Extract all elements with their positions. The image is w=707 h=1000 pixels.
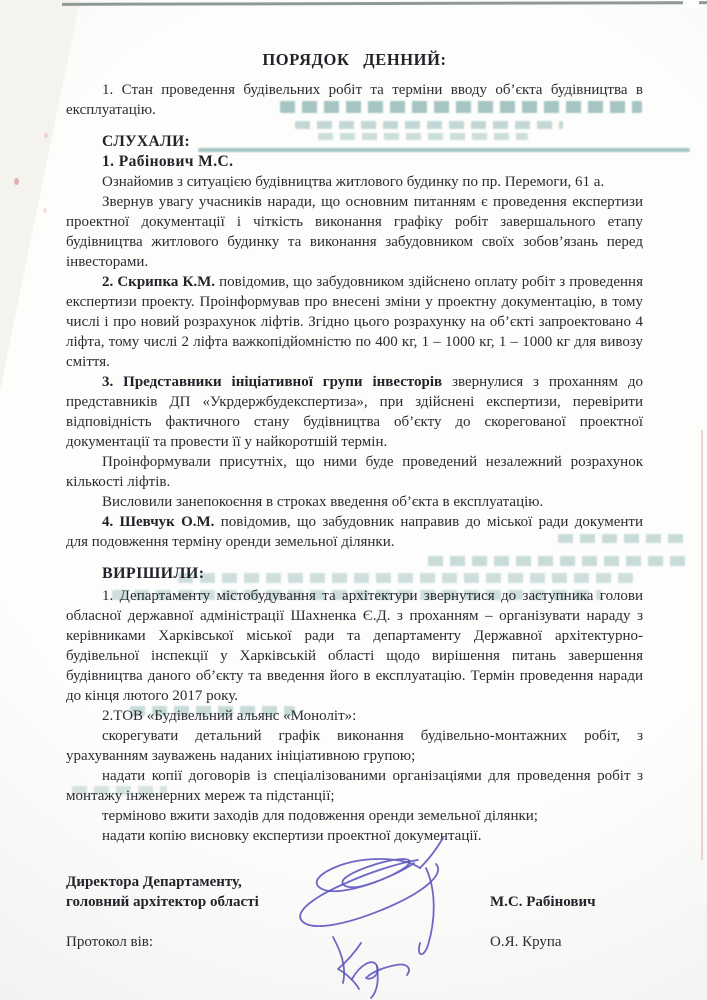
heading-decided: ВИРІШИЛИ: <box>66 564 643 584</box>
scan-right-edge-mark <box>701 430 703 860</box>
paragraph-informed: Проінформували присутніх, що ними буде п… <box>66 452 643 492</box>
heading-heard: СЛУХАЛИ: <box>66 132 643 152</box>
paragraph-intro: 1. Стан проведення будівельних робіт та … <box>66 80 643 120</box>
paragraph-decision-2: 2.ТОВ «Будівельний альянс «Моноліт»: <box>66 706 643 726</box>
signer-position-line2: головний архітектор області <box>66 892 490 912</box>
agenda-title: ПОРЯДОК ДЕННИЙ: <box>66 50 643 70</box>
paragraph-shevchuk: 4. Шевчук О.М. повідомив, що забудовник … <box>66 512 643 552</box>
paragraph-investors: 3. Представники ініціативної групи інвес… <box>66 372 643 452</box>
recorder-label: Протокол вів: <box>66 932 490 952</box>
ink-speck <box>44 133 48 138</box>
scan-top-edge <box>62 1 707 6</box>
ink-speck <box>14 178 19 185</box>
paragraph-concern: Висловили занепокоєння в строках введенн… <box>66 492 643 512</box>
signer-name-rabinovych: М.С. Рабінович <box>490 872 643 912</box>
signer-position: Директора Департаменту, головний архітек… <box>66 872 490 912</box>
paragraph-decision-2b: надати копії договорів із спеціалізовани… <box>66 766 643 806</box>
investors-group-lead: 3. Представники ініціативної групи інвес… <box>102 374 442 390</box>
ink-speck <box>43 208 47 213</box>
paragraph-decision-2d: надати копію висновку експертизи проектн… <box>66 826 643 846</box>
document-page: ПОРЯДОК ДЕННИЙ: 1. Стан проведення будів… <box>0 0 707 1000</box>
paragraph-decision-2a: скорегувати детальний графік виконання б… <box>66 726 643 766</box>
speaker-rabinovych-name: 1. Рабінович М.С. <box>66 152 643 172</box>
document-body: ПОРЯДОК ДЕННИЙ: 1. Стан проведення будів… <box>66 44 643 846</box>
speaker-skrypka-name: 2. Скрипка К.М. <box>102 274 215 290</box>
signature-block: Директора Департаменту, головний архітек… <box>66 872 643 952</box>
paragraph-skrypka: 2. Скрипка К.М. повідомив, що забудовник… <box>66 272 643 372</box>
recorder-name-krupa: О.Я. Крупа <box>490 932 643 952</box>
signer-position-line1: Директора Департаменту, <box>66 872 490 892</box>
speaker-shevchuk-name: 4. Шевчук О.М. <box>102 514 214 530</box>
scan-edge-notch <box>683 0 699 8</box>
paragraph-decision-1: 1. Департаменту містобудування та архіте… <box>66 586 643 706</box>
paragraph-familiarized: Ознайомив з ситуацією будівництва житлов… <box>66 172 643 192</box>
paragraph-decision-2c: терміново вжити заходів для подовження о… <box>66 806 643 826</box>
paragraph-attention: Звернув увагу учасників наради, що основ… <box>66 192 643 272</box>
